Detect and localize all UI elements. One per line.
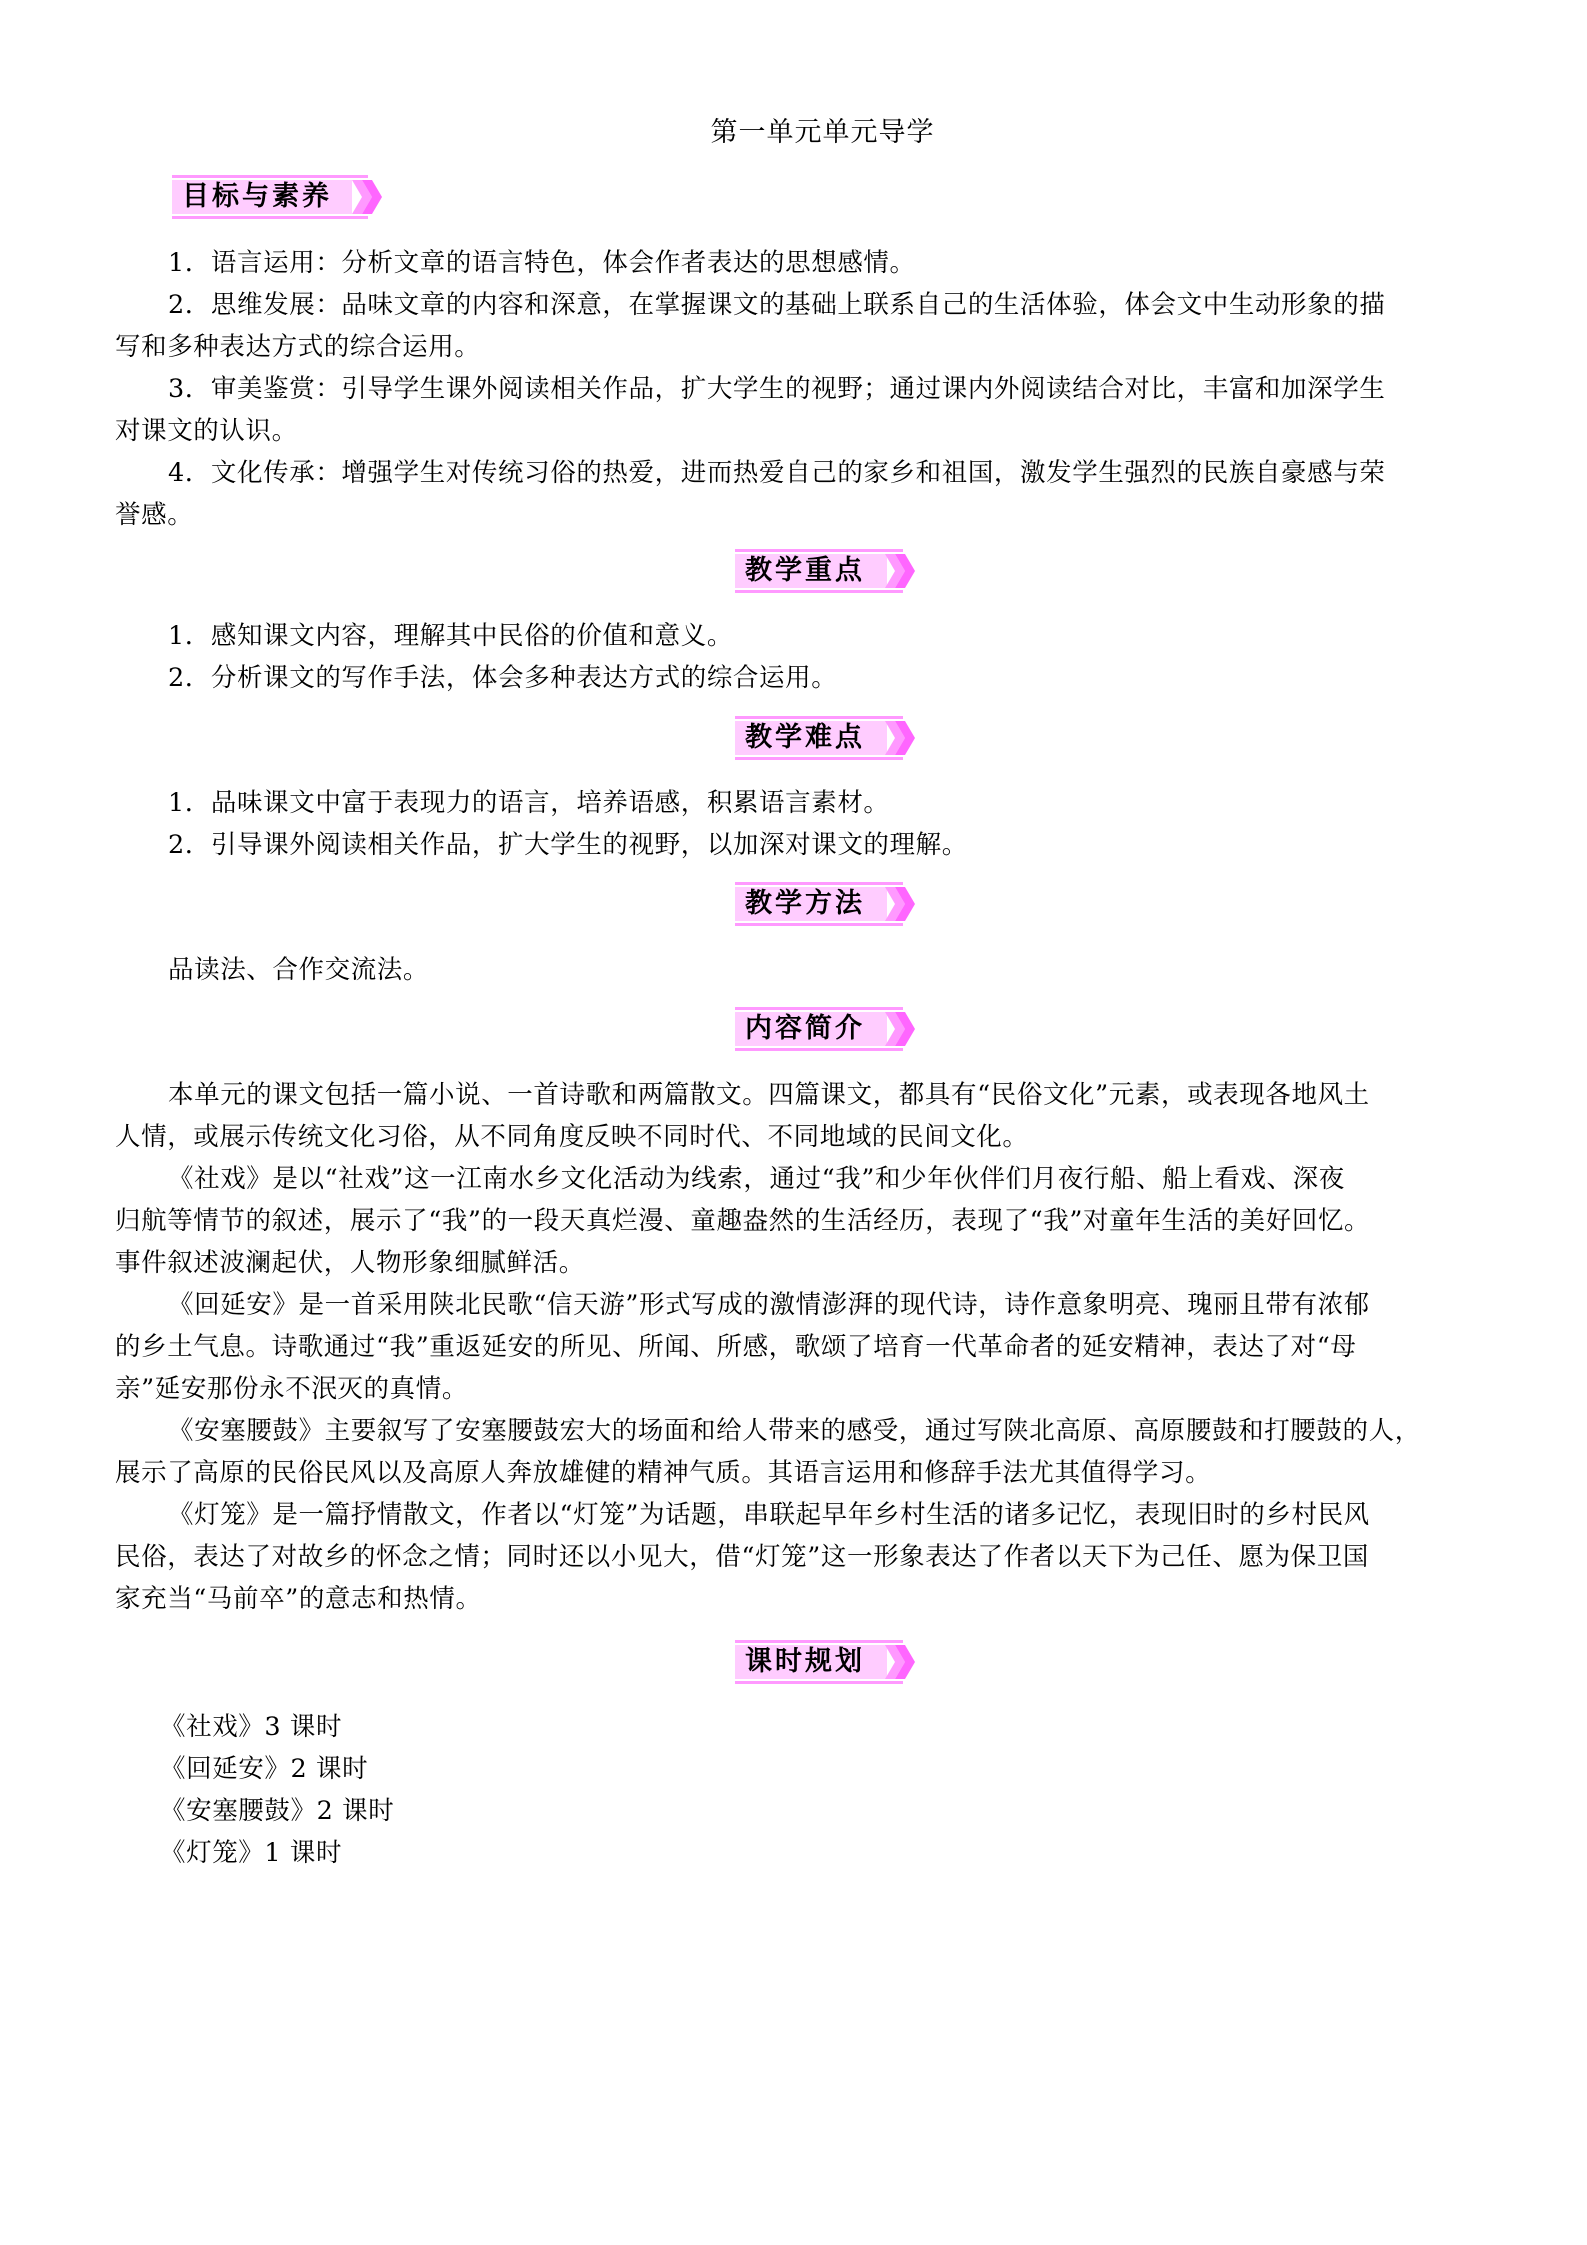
- heading-rule-bottom: [172, 216, 368, 219]
- chevron-right-icon: [885, 887, 915, 921]
- text-line: 《安塞腰鼓》主要叙写了安塞腰鼓宏大的场面和给人带来的感受，通过写陕北高原、高原腰…: [168, 1414, 1305, 1448]
- page-title: 第一单元单元导学: [0, 116, 1587, 150]
- heading-label: 教学方法: [745, 887, 865, 921]
- text-line: 事件叙述波澜起伏，人物形象细腻鲜活。: [115, 1246, 1305, 1280]
- chevron-right-icon: [885, 1645, 915, 1679]
- heading-rule-top: [735, 1007, 903, 1010]
- schedule-item: 《灯笼》1 课时: [160, 1836, 1350, 1870]
- chevron-right-icon: [885, 721, 915, 755]
- heading-label: 内容简介: [745, 1012, 865, 1046]
- section-heading-key-points: 教学重点: [735, 549, 915, 593]
- text-line: 2．引导课外阅读相关作品，扩大学生的视野，以加深对课文的理解。: [168, 828, 1358, 862]
- schedule-item: 《回延安》2 课时: [160, 1752, 1350, 1786]
- heading-rule-top: [735, 1640, 903, 1643]
- chevron-right-icon: [885, 554, 915, 588]
- text-line: 1．语言运用：分析文章的语言特色，体会作者表达的思想感情。: [168, 246, 1358, 280]
- section-heading-methods: 教学方法: [735, 882, 915, 926]
- heading-rule-top: [735, 549, 903, 552]
- heading-label: 目标与素养: [182, 180, 332, 214]
- text-line: 4．文化传承：增强学生对传统习俗的热爱，进而热爱自己的家乡和祖国，激发学生强烈的…: [168, 456, 1305, 490]
- schedule-item: 《社戏》3 课时: [160, 1710, 1350, 1744]
- text-line: 品读法、合作交流法。: [168, 953, 1358, 987]
- document-page: 第一单元单元导学 目标与素养 1．语言运用：分析文章的语言特色，体会作者表达的思…: [0, 0, 1587, 2245]
- heading-label: 教学重点: [745, 554, 865, 588]
- heading-rule-bottom: [735, 1048, 903, 1051]
- text-line: 归航等情节的叙述，展示了“我”的一段天真烂漫、童趣盎然的生活经历，表现了“我”对…: [115, 1204, 1305, 1238]
- text-line: 誉感。: [115, 498, 1305, 532]
- text-line: 2．思维发展：品味文章的内容和深意，在掌握课文的基础上联系自己的生活体验，体会文…: [168, 288, 1305, 322]
- heading-label: 课时规划: [745, 1645, 865, 1679]
- heading-rule-top: [172, 175, 368, 178]
- heading-rule-bottom: [735, 590, 903, 593]
- section-heading-schedule: 课时规划: [735, 1640, 915, 1684]
- text-line: 本单元的课文包括一篇小说、一首诗歌和两篇散文。四篇课文，都具有“民俗文化”元素，…: [168, 1078, 1305, 1112]
- text-line: 写和多种表达方式的综合运用。: [115, 330, 1305, 364]
- section-heading-goals: 目标与素养: [172, 175, 382, 219]
- text-line: 3．审美鉴赏：引导学生课外阅读相关作品，扩大学生的视野；通过课内外阅读结合对比，…: [168, 372, 1305, 406]
- text-line: 《回延安》是一首采用陕北民歌“信天游”形式写成的激情澎湃的现代诗，诗作意象明亮、…: [168, 1288, 1305, 1322]
- section-heading-summary: 内容简介: [735, 1007, 915, 1051]
- chevron-right-icon: [352, 180, 382, 214]
- heading-label: 教学难点: [745, 721, 865, 755]
- text-line: 亲”延安那份永不泯灭的真情。: [115, 1372, 1305, 1406]
- section-heading-difficulties: 教学难点: [735, 716, 915, 760]
- heading-rule-top: [735, 882, 903, 885]
- text-line: 1．品味课文中富于表现力的语言，培养语感，积累语言素材。: [168, 786, 1358, 820]
- text-line: 的乡土气息。诗歌通过“我”重返延安的所见、所闻、所感，歌颂了培育一代革命者的延安…: [115, 1330, 1305, 1364]
- text-line: 展示了高原的民俗民风以及高原人奔放雄健的精神气质。其语言运用和修辞手法尤其值得学…: [115, 1456, 1305, 1490]
- heading-rule-top: [735, 716, 903, 719]
- text-line: 民俗，表达了对故乡的怀念之情；同时还以小见大，借“灯笼”这一形象表达了作者以天下…: [115, 1540, 1305, 1574]
- heading-rule-bottom: [735, 1681, 903, 1684]
- text-line: 1．感知课文内容，理解其中民俗的价值和意义。: [168, 619, 1358, 653]
- chevron-right-icon: [885, 1012, 915, 1046]
- heading-rule-bottom: [735, 923, 903, 926]
- text-line: 家充当“马前卒”的意志和热情。: [115, 1582, 1305, 1616]
- text-line: 《灯笼》是一篇抒情散文，作者以“灯笼”为话题，串联起早年乡村生活的诸多记忆，表现…: [168, 1498, 1305, 1532]
- text-line: 2．分析课文的写作手法，体会多种表达方式的综合运用。: [168, 661, 1358, 695]
- heading-rule-bottom: [735, 757, 903, 760]
- text-line: 人情，或展示传统文化习俗，从不同角度反映不同时代、不同地域的民间文化。: [115, 1120, 1305, 1154]
- text-line: 《社戏》是以“社戏”这一江南水乡文化活动为线索，通过“我”和少年伙伴们月夜行船、…: [168, 1162, 1305, 1196]
- schedule-item: 《安塞腰鼓》2 课时: [160, 1794, 1350, 1828]
- text-line: 对课文的认识。: [115, 414, 1305, 448]
